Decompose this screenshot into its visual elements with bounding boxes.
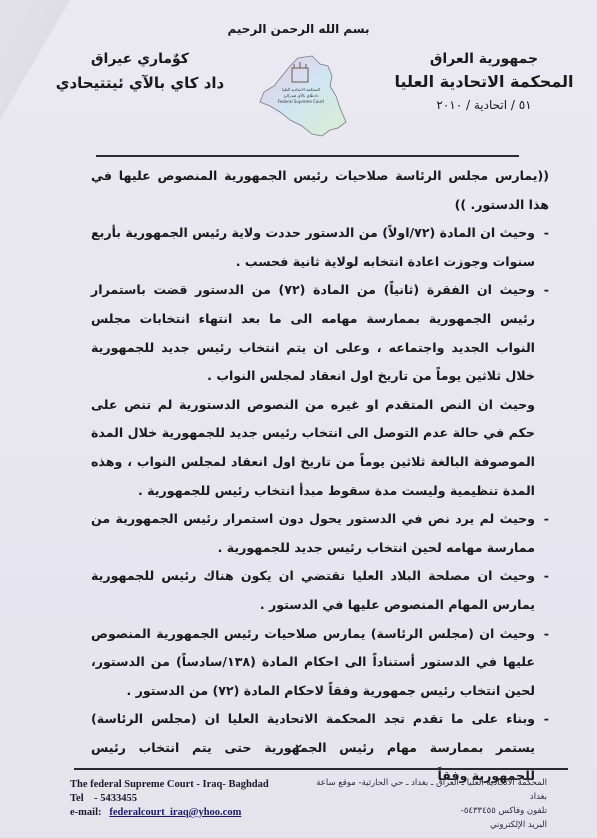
logo-caption: المحكمة الاتحادية العليا دادطاي بالآي في… xyxy=(270,87,332,105)
footer-phone-arabic: تلفون وفاكس ٥٤٣٣٤٥٥- xyxy=(297,804,547,818)
phone-value: - 5433455 xyxy=(94,793,137,804)
court-name-kurdish: داد كاي بالآي ئيتتيحادي xyxy=(50,70,230,96)
footer-email: e-mail: federalcourt_iraq@yhoo.com xyxy=(70,806,300,820)
page-number: ٢ xyxy=(0,743,597,754)
paragraph-bullet: وحيث ان (مجلس الرئاسة) يمارس صلاحيات رئي… xyxy=(91,620,549,706)
reference-number: ٥١ / اتحادية / ٢٠١٠ xyxy=(389,94,579,116)
basmala: بسم الله الرحمن الرحيم xyxy=(0,22,597,36)
document-page: بسم الله الرحمن الرحيم جمهورية العراق ال… xyxy=(0,0,597,838)
paragraph-bullet: وحيث ان مصلحة البلاد العليا تقتضي ان يكو… xyxy=(91,562,549,619)
footer-arabic: المحكمة الاتحادية العليا ـ العراق ـ بغدا… xyxy=(297,776,547,832)
footer-email-label-arabic: البريد الإلكتروني xyxy=(297,818,547,832)
footer-english: The federal Supreme Court - Iraq- Baghda… xyxy=(70,778,300,820)
paragraph-bullet: وحيث لم يرد نص في الدستور يحول دون استمر… xyxy=(91,505,549,562)
document-body: ((يمارس مجلس الرئاسة صلاحيات رئيس الجمهو… xyxy=(91,162,549,791)
country-name-kurdish: كوٌماري عيراق xyxy=(50,48,230,70)
footer-address-arabic: المحكمة الاتحادية العليا ـ العراق ـ بغدا… xyxy=(297,776,547,804)
footer-court-name: The federal Supreme Court - Iraq- Baghda… xyxy=(70,778,300,792)
phone-label: Tel xyxy=(70,793,84,804)
paragraph-bullet: وحيث ان المادة (٧٢/اولاً) من الدستور حدد… xyxy=(91,219,549,276)
email-link[interactable]: federalcourt_iraq@yhoo.com xyxy=(109,807,241,818)
logo-caption-line3: Federal Supreme Court xyxy=(270,99,332,105)
paragraph-bullet: وحيث ان الفقرة (ثانياً) من المادة (٧٢) م… xyxy=(91,276,549,390)
header-kurdish: كوٌماري عيراق داد كاي بالآي ئيتتيحادي xyxy=(50,48,230,96)
paragraph-quote: ((يمارس مجلس الرئاسة صلاحيات رئيس الجمهو… xyxy=(91,162,549,219)
paragraph-indented: وحيث ان النص المتقدم او غيره من النصوص ا… xyxy=(91,391,549,505)
footer-phone: Tel - 5433455 xyxy=(70,792,300,806)
header-divider xyxy=(96,155,519,157)
email-label: e-mail: xyxy=(70,807,102,818)
footer-divider xyxy=(74,768,568,770)
country-name-arabic: جمهورية العراق xyxy=(389,48,579,70)
court-name-arabic: المحكمة الاتحادية العليا xyxy=(389,70,579,94)
header-arabic: جمهورية العراق المحكمة الاتحادية العليا … xyxy=(389,48,579,116)
